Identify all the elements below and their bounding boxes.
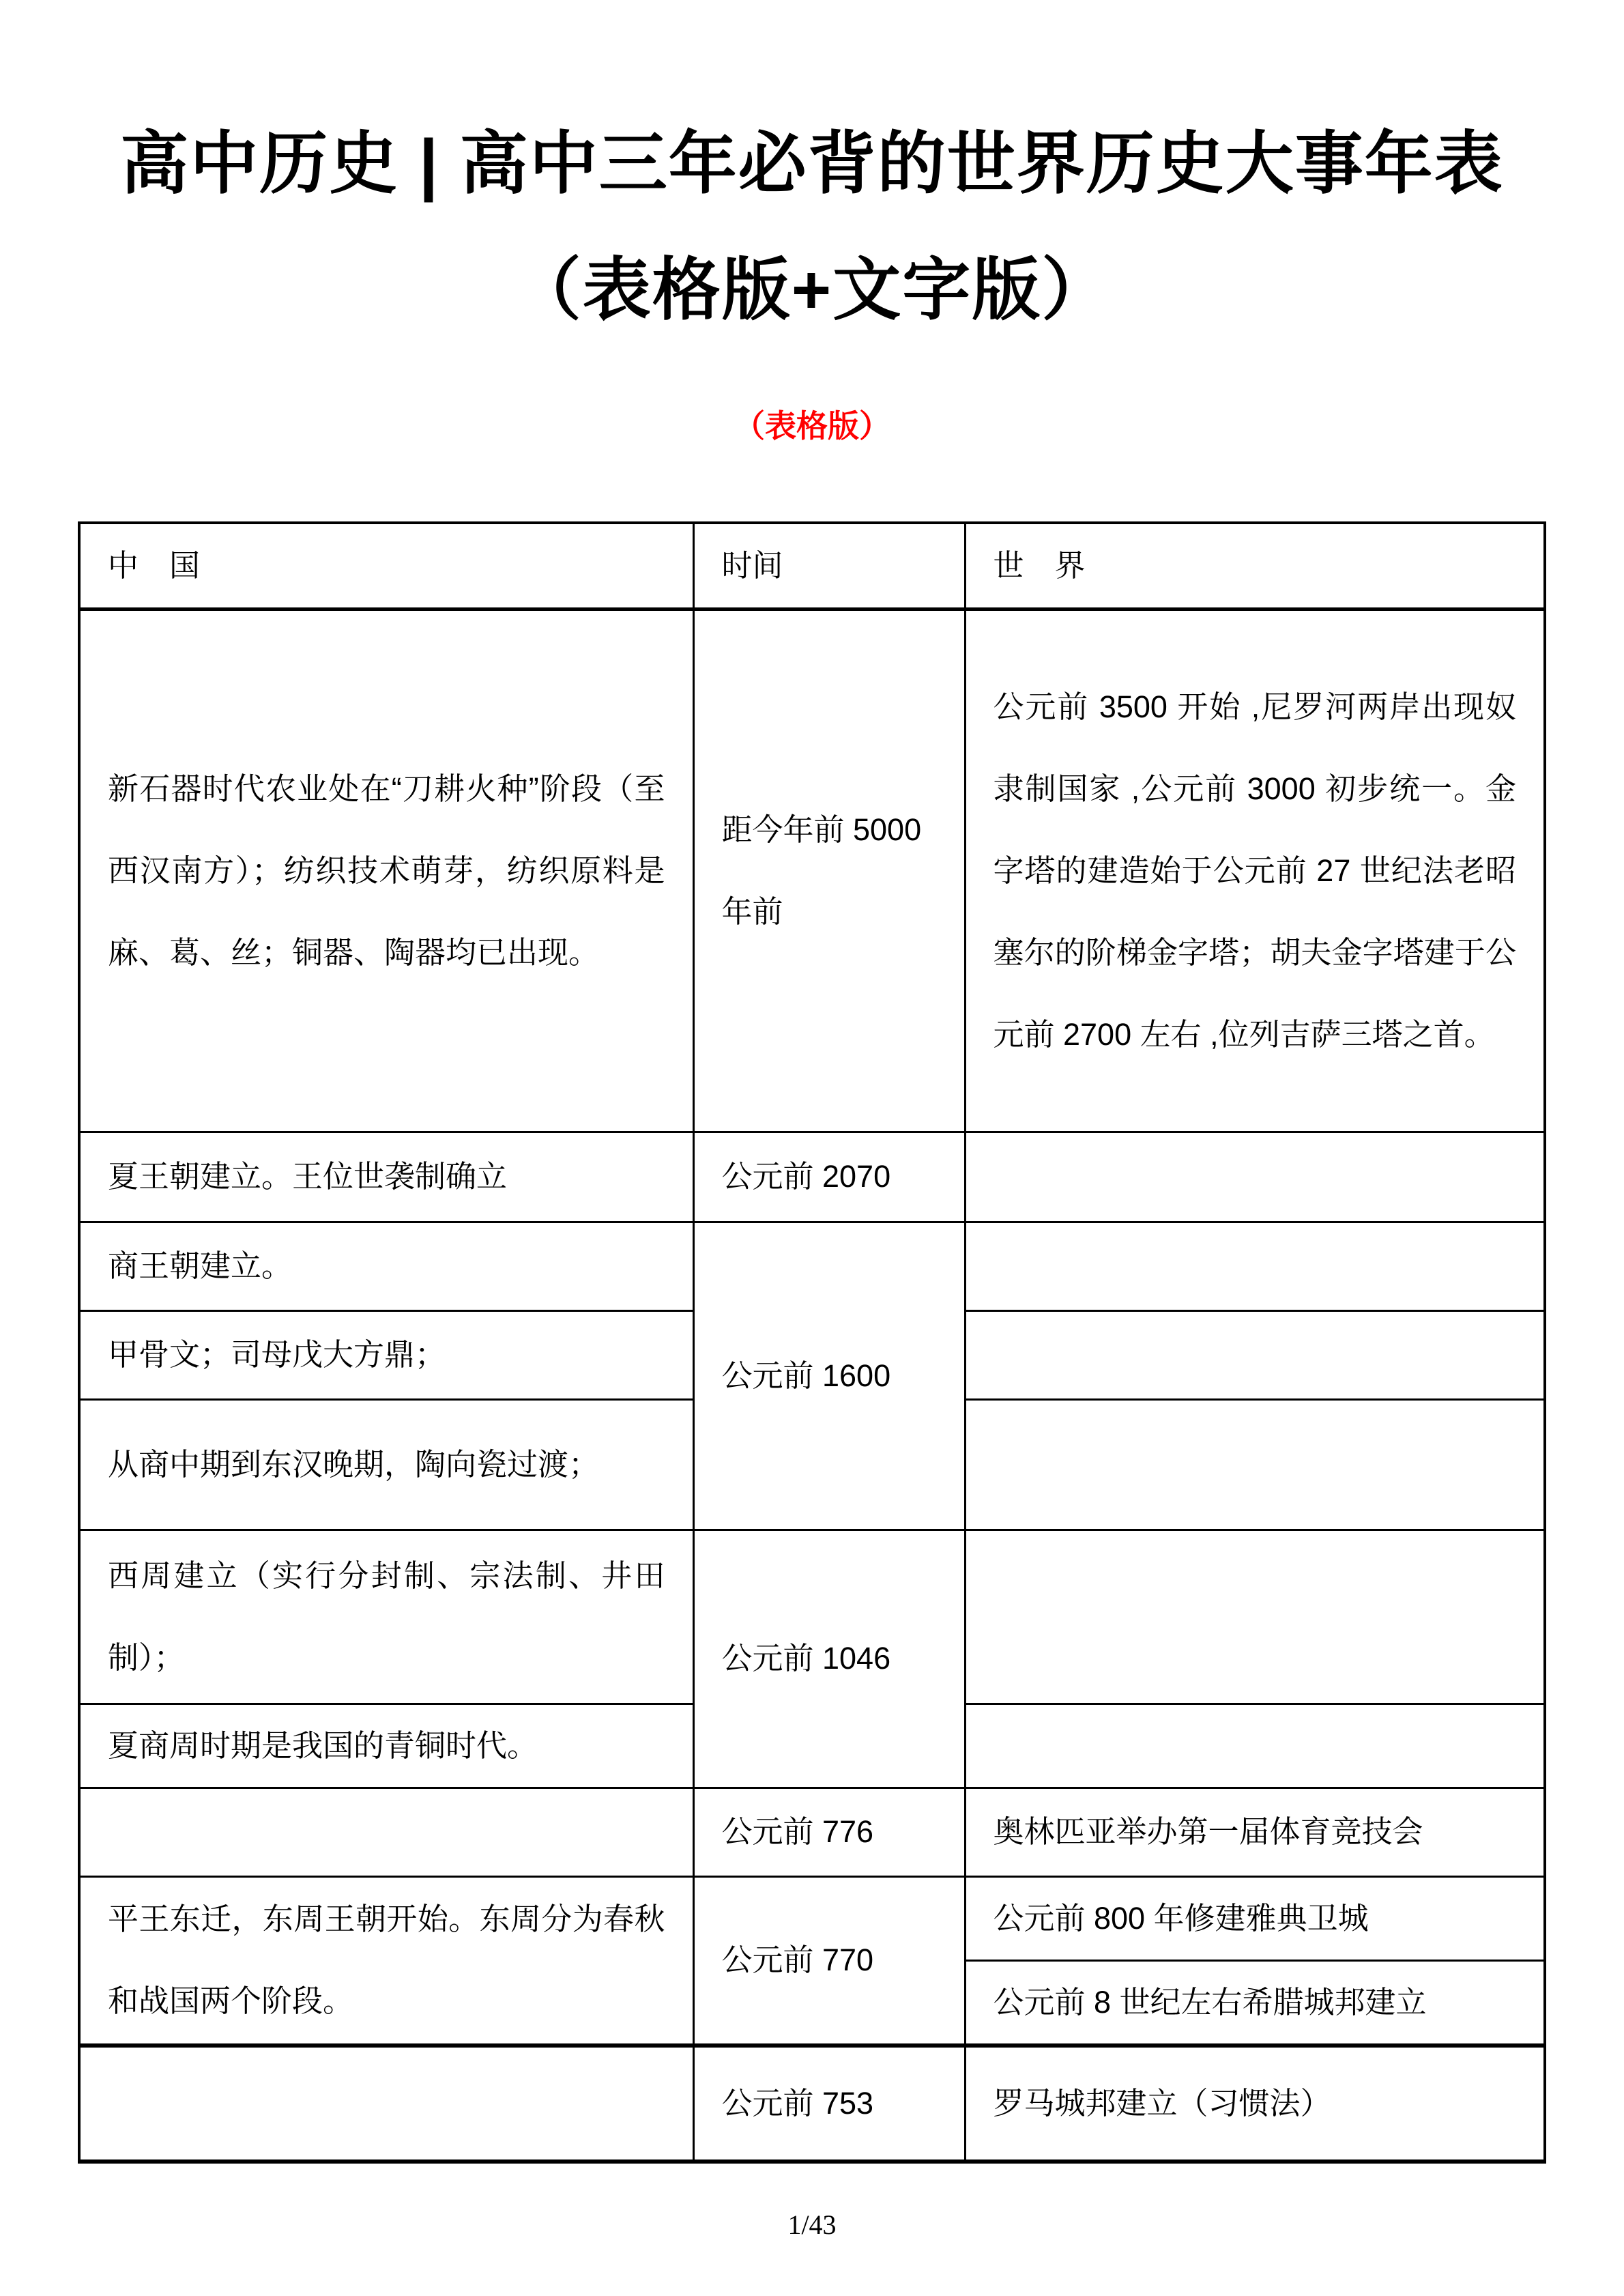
header-world: 世 界 bbox=[965, 523, 1545, 609]
title-line-2: （表格版+文字版） bbox=[0, 227, 1624, 354]
history-events-table: 中 国 时间 世 界 新石器时代农业处在“刀耕火种”阶段（至西汉南方）；纺织技术… bbox=[78, 521, 1546, 2164]
cell-time-1600bc: 公元前 1600 bbox=[693, 1222, 965, 1530]
cell-world-olympia-games: 奥林匹亚举办第一届体育竞技会 bbox=[965, 1788, 1545, 1876]
table-row-shang-dynasty: 商王朝建立。 公元前 1600 bbox=[79, 1222, 1545, 1310]
cell-china-bronze-age: 夏商周时期是我国的青铜时代。 bbox=[79, 1704, 693, 1788]
cell-time-776bc: 公元前 776 bbox=[693, 1788, 965, 1876]
table-row-olympia: 公元前 776 奥林匹亚举办第一届体育竞技会 bbox=[79, 1788, 1545, 1876]
document-page: 高中历史 | 高中三年必背的世界历史大事年表 （表格版+文字版） （表格版） 中… bbox=[0, 101, 1624, 2241]
document-title: 高中历史 | 高中三年必背的世界历史大事年表 （表格版+文字版） bbox=[0, 101, 1624, 354]
table-row-eastern-zhou: 平王东迁，东周王朝开始。东周分为春秋和战国两个阶段。 公元前 770 公元前 8… bbox=[79, 1876, 1545, 1960]
title-line-1: 高中历史 | 高中三年必背的世界历史大事年表 bbox=[0, 101, 1624, 227]
cell-world-rome-founded: 罗马城邦建立（习惯法） bbox=[965, 2046, 1545, 2162]
cell-world-empty-oracle bbox=[965, 1310, 1545, 1399]
cell-world-egypt-pyramids: 公元前 3500 开始 ,尼罗河两岸出现奴隶制国家 ,公元前 3000 初步统一… bbox=[965, 609, 1545, 1132]
cell-china-empty-753bc bbox=[79, 2046, 693, 2162]
cell-world-athens-acropolis: 公元前 800 年修建雅典卫城 bbox=[965, 1876, 1545, 1960]
table-row-rome: 公元前 753 罗马城邦建立（习惯法） bbox=[79, 2046, 1545, 2162]
cell-china-pottery-porcelain: 从商中期到东汉晚期，陶向瓷过渡； bbox=[79, 1399, 693, 1530]
cell-china-empty-776bc bbox=[79, 1788, 693, 1876]
cell-china-oracle-bones: 甲骨文；司母戊大方鼎； bbox=[79, 1310, 693, 1399]
header-time: 时间 bbox=[693, 523, 965, 609]
cell-world-empty-2070bc bbox=[965, 1132, 1545, 1222]
cell-china-eastern-zhou: 平王东迁，东周王朝开始。东周分为春秋和战国两个阶段。 bbox=[79, 1876, 693, 2046]
cell-time-770bc: 公元前 770 bbox=[693, 1876, 965, 2046]
cell-world-empty-pottery bbox=[965, 1399, 1545, 1530]
cell-time-5000-years-ago: 距今年前 5000 年前 bbox=[693, 609, 965, 1132]
header-china: 中 国 bbox=[79, 523, 693, 609]
cell-china-shang-dynasty: 商王朝建立。 bbox=[79, 1222, 693, 1310]
cell-world-empty-shang bbox=[965, 1222, 1545, 1310]
cell-world-empty-zhou bbox=[965, 1530, 1545, 1704]
table-header-row: 中 国 时间 世 界 bbox=[79, 523, 1545, 609]
table-row-xia-dynasty: 夏王朝建立。王位世袭制确立 公元前 2070 bbox=[79, 1132, 1545, 1222]
section-note-table-version: （表格版） bbox=[0, 401, 1624, 446]
page-number: 1/43 bbox=[0, 2209, 1624, 2241]
table-row-neolithic: 新石器时代农业处在“刀耕火种”阶段（至西汉南方）；纺织技术萌芽，纺织原料是麻、葛… bbox=[79, 609, 1545, 1132]
table-row-western-zhou: 西周建立（实行分封制、宗法制、井田制）； 公元前 1046 bbox=[79, 1530, 1545, 1704]
cell-china-xia-dynasty: 夏王朝建立。王位世袭制确立 bbox=[79, 1132, 693, 1222]
cell-world-empty-bronze bbox=[965, 1704, 1545, 1788]
cell-world-greek-polis: 公元前 8 世纪左右希腊城邦建立 bbox=[965, 1960, 1545, 2046]
cell-time-1046bc: 公元前 1046 bbox=[693, 1530, 965, 1788]
cell-china-neolithic: 新石器时代农业处在“刀耕火种”阶段（至西汉南方）；纺织技术萌芽，纺织原料是麻、葛… bbox=[79, 609, 693, 1132]
cell-china-western-zhou: 西周建立（实行分封制、宗法制、井田制）； bbox=[79, 1530, 693, 1704]
cell-time-2070bc: 公元前 2070 bbox=[693, 1132, 965, 1222]
cell-time-753bc: 公元前 753 bbox=[693, 2046, 965, 2162]
